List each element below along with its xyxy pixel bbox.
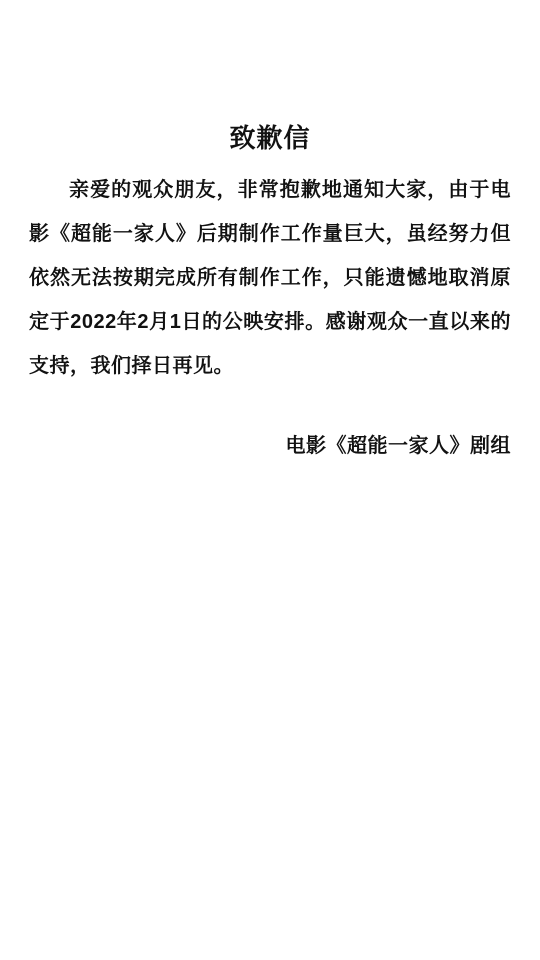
letter-body-paragraph: 亲爱的观众朋友，非常抱歉地通知大家，由于电影《超能一家人》后期制作工作量巨大，虽…	[29, 168, 511, 388]
letter-signature: 电影《超能一家人》剧组	[29, 424, 511, 468]
letter-title: 致歉信	[29, 122, 511, 154]
apology-letter-page: 致歉信 亲爱的观众朋友，非常抱歉地通知大家，由于电影《超能一家人》后期制作工作量…	[0, 0, 540, 960]
